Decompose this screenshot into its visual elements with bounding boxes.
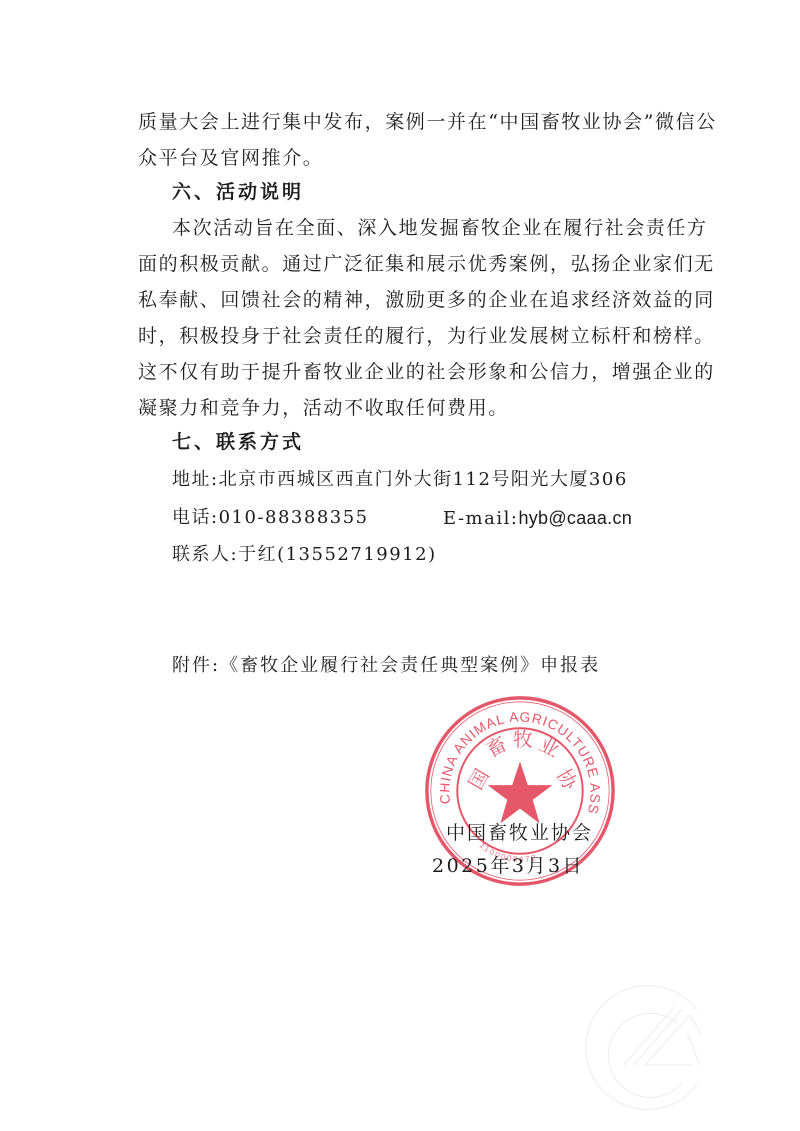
email-label: E-mail: — [443, 508, 518, 529]
attachment-title: 《畜牧企业履行社会责任典型案例》申报表 — [220, 655, 600, 676]
svg-text:协: 协 — [552, 765, 582, 795]
person-label: 联系人: — [172, 544, 238, 565]
email-block: E-mail:hyb@caaa.cn — [443, 506, 632, 531]
person-value: 于红(13552719912) — [238, 544, 437, 565]
svg-text:国: 国 — [464, 765, 494, 793]
signature-date: 2025年3月3日 — [432, 851, 584, 878]
paragraph-line: 面的积极贡献。通过广泛征集和展示优秀案例，弘扬企业家们无 — [138, 252, 698, 276]
phone-value: 010-88388355 — [219, 507, 369, 528]
address-value: 北京市西城区西直门外大街112号阳光大厦306 — [219, 469, 628, 490]
paragraph-line: 这不仅有助于提升畜牧业企业的社会形象和公信力，增强企业的 — [138, 360, 698, 384]
paragraph-line: 私奉献、回馈社会的精神，激励更多的企业在追求经济效益的同 — [138, 288, 698, 312]
email-value[interactable]: hyb@caaa.cn — [518, 508, 632, 528]
address-label: 地址: — [172, 469, 219, 490]
section-heading: 七、联系方式 — [172, 430, 304, 454]
attachment-label: 附件: — [172, 655, 220, 676]
attachment-line: 附件:《畜牧企业履行社会责任典型案例》申报表 — [172, 654, 600, 678]
svg-text:牧: 牧 — [513, 728, 533, 751]
contact-address: 地址:北京市西城区西直门外大街112号阳光大厦306 — [172, 468, 628, 492]
contact-phone-email: 电话:010-88388355 E-mail:hyb@caaa.cn — [172, 506, 642, 530]
paragraph-line: 质量大会上进行集中发布，案例一并在“中国畜牧业协会”微信公 — [138, 110, 698, 134]
phone-label: 电话: — [172, 507, 219, 528]
paragraph-line: 众平台及官网推介。 — [138, 146, 323, 170]
paragraph-line: 凝聚力和竞争力，活动不收取任何费用。 — [138, 396, 509, 420]
contact-person: 联系人:于红(13552719912) — [172, 543, 437, 567]
section-heading: 六、活动说明 — [172, 180, 304, 204]
paragraph-line: 本次活动旨在全面、深入地发掘畜牧企业在履行社会责任方 — [172, 216, 698, 240]
caaa-logo-icon — [582, 975, 722, 1115]
paragraph-line: 时，积极投身于社会责任的履行，为行业发展树立标杆和榜样。 — [138, 324, 698, 348]
signature-organization: 中国畜牧业协会 — [446, 818, 593, 845]
